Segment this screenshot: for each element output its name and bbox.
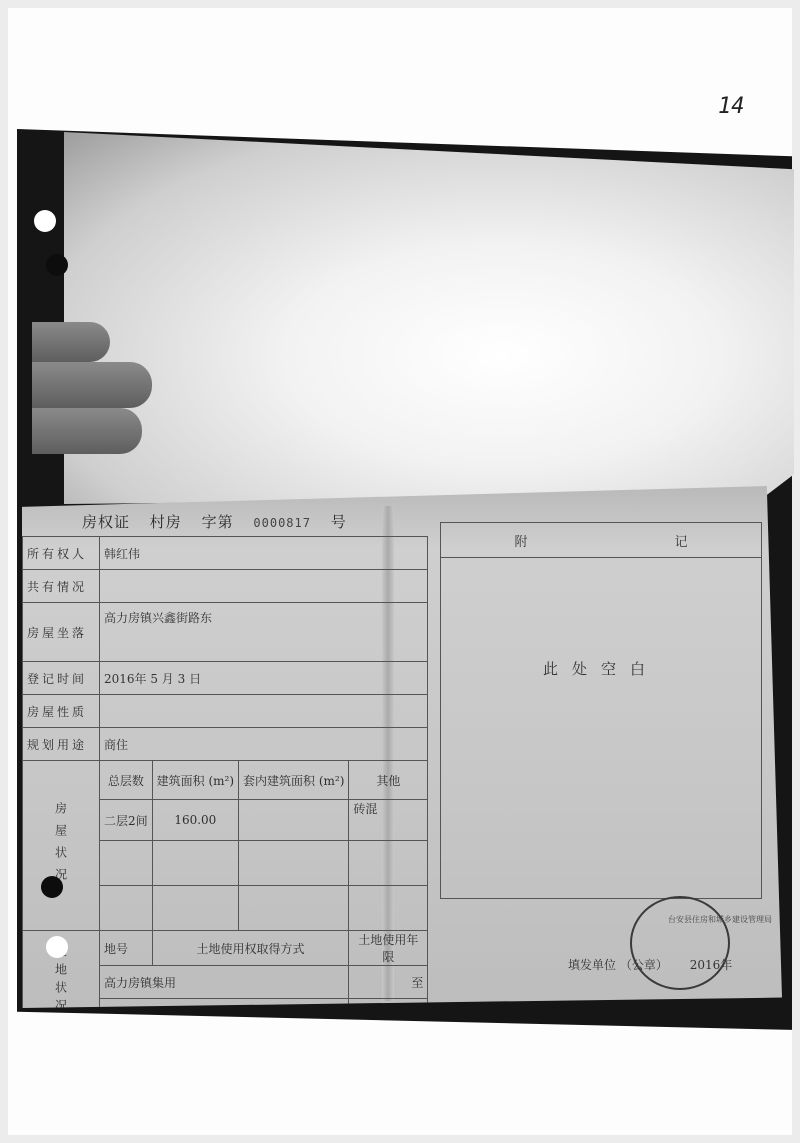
cell-area: 160.00 xyxy=(152,800,238,841)
cell xyxy=(349,886,428,931)
table-row: 房屋坐落高力房镇兴鑫街路东 xyxy=(23,603,428,662)
cell-other: 砖混 xyxy=(349,800,428,841)
field-value: 高力房镇兴鑫街路东 xyxy=(100,603,428,662)
field-value: 商住 xyxy=(100,728,428,761)
column-header: 其他 xyxy=(349,761,428,800)
field-label: 所有权人 xyxy=(23,537,100,570)
scanned-page: 14 房权证 村房 字第 0000817 号 所有权人韩红伟 共有情况 房屋坐落… xyxy=(8,8,792,1135)
cell xyxy=(100,841,153,886)
folded-cover-page xyxy=(64,132,794,504)
certificate-title: 房权证 村房 字第 0000817 号 xyxy=(82,511,361,532)
field-label: 房屋坐落 xyxy=(23,603,100,662)
punch-hole xyxy=(34,210,56,232)
issuer-label: 填发单位 xyxy=(568,958,616,972)
cert-suffix: 号 xyxy=(331,513,347,531)
annex-heading-right: 记 xyxy=(674,531,687,550)
annex-note: 此处空白 xyxy=(441,658,761,679)
finger-shape xyxy=(32,408,142,454)
building-header-row: 房屋状况 总层数 建筑面积 (m²) 套内建筑面积 (m²) 其他 xyxy=(23,761,428,800)
table-row: 登记时间2016年 5 月 3 日 xyxy=(23,662,428,695)
column-header: 套内建筑面积 (m²) xyxy=(239,761,349,800)
cell xyxy=(239,841,349,886)
cell-floors: 二层2间 xyxy=(100,800,153,841)
table-row: 共有情况 xyxy=(23,570,428,603)
punch-hole xyxy=(41,876,63,898)
certificate-spread: 房权证 村房 字第 0000817 号 所有权人韩红伟 共有情况 房屋坐落高力房… xyxy=(22,486,782,1008)
field-value xyxy=(100,695,428,728)
column-header: 土地使用年限 xyxy=(349,931,428,966)
field-value xyxy=(100,570,428,603)
annex-heading-left: 附 xyxy=(514,531,527,550)
finger-shape xyxy=(32,362,152,408)
issuer-line: 填发单位 （公章） 2016年 xyxy=(568,956,732,973)
field-label: 房屋性质 xyxy=(23,695,100,728)
column-header: 土地使用权取得方式 xyxy=(152,931,349,966)
cell xyxy=(100,886,153,931)
cert-type: 房权证 xyxy=(82,513,130,531)
cell xyxy=(152,886,238,931)
cert-serial: 0000817 xyxy=(253,516,311,530)
table-row: 房屋性质 xyxy=(23,695,428,728)
cell-land-no: 高力房镇集用 xyxy=(100,966,349,999)
seal-text: 台安县住房和城乡建设管理局 xyxy=(668,914,772,925)
table-row: 所有权人韩红伟 xyxy=(23,537,428,570)
finger-shape xyxy=(32,322,110,362)
cell xyxy=(349,841,428,886)
column-header: 总层数 xyxy=(100,761,153,800)
field-label: 规划用途 xyxy=(23,728,100,761)
annex-box: 附 记 此处空白 xyxy=(440,522,762,899)
annex-heading: 附 记 xyxy=(441,523,761,558)
column-header: 地号 xyxy=(100,931,153,966)
field-label: 共有情况 xyxy=(23,570,100,603)
punch-hole xyxy=(46,936,68,958)
cell-term: 至 xyxy=(349,966,428,999)
column-header: 建筑面积 (m²) xyxy=(152,761,238,800)
page-number: 14 xyxy=(718,94,745,119)
cert-prefix: 字第 xyxy=(202,513,234,531)
issue-year: 2016年 xyxy=(690,958,733,972)
official-seal xyxy=(630,896,730,990)
cell xyxy=(152,841,238,886)
field-label: 登记时间 xyxy=(23,662,100,695)
cert-category: 村房 xyxy=(150,513,182,531)
property-fields-table: 所有权人韩红伟 共有情况 房屋坐落高力房镇兴鑫街路东 登记时间2016年 5 月… xyxy=(22,536,428,1032)
issuer-seal-label: （公章） xyxy=(620,958,668,972)
cell xyxy=(239,886,349,931)
land-header-row: 土地状况 地号 土地使用权取得方式 土地使用年限 xyxy=(23,931,428,966)
punch-hole xyxy=(46,254,68,276)
field-value: 2016年 5 月 3 日 xyxy=(100,662,428,695)
cell-inner-area xyxy=(239,800,349,841)
building-side-label: 房屋状况 xyxy=(23,761,100,931)
table-row: 规划用途商住 xyxy=(23,728,428,761)
field-value: 韩红伟 xyxy=(100,537,428,570)
